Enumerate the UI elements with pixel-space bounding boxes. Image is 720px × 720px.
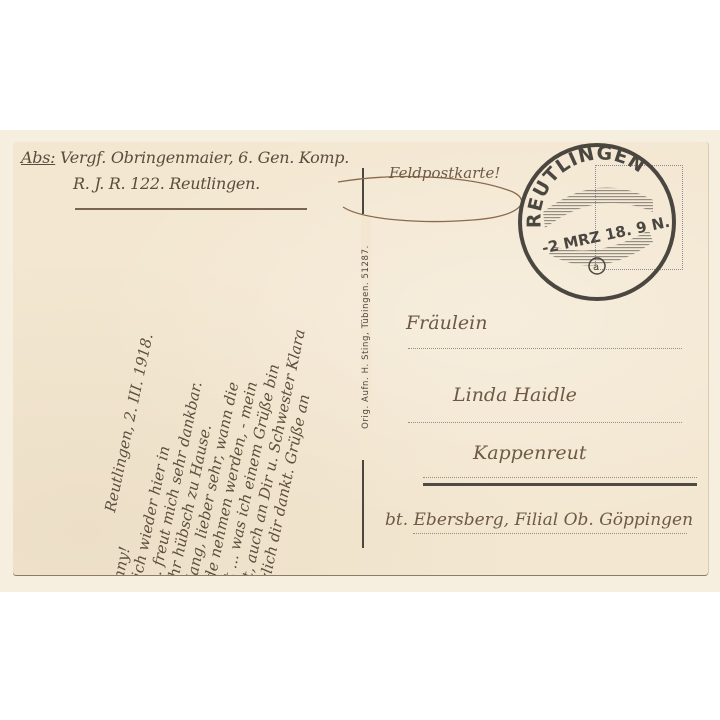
address-dotted-line-2 bbox=[408, 422, 682, 423]
handwritten-message: Reutlingen, 2. III. 1918. Liebe Fanny! E… bbox=[70, 236, 306, 575]
feldpostkarte-note: Feldpostkarte! bbox=[389, 164, 500, 182]
address-dotted-line-4 bbox=[413, 533, 687, 534]
address-salutation: Fräulein bbox=[406, 312, 487, 334]
address-district: bt. Ebersberg, Filial Ob. Göppingen bbox=[385, 510, 693, 530]
address-dotted-line-3 bbox=[423, 477, 697, 478]
postmark: REUTLINGEN -2 MRZ 18. 9 N. a bbox=[513, 142, 693, 312]
publisher-imprint: Orig. Aufn. H. Sting, Tübingen. 51287. bbox=[361, 214, 371, 460]
postcard: Abs: Vergf. Obringenmaier, 6. Gen. Komp.… bbox=[13, 142, 708, 575]
address-recipient-name: Linda Haidle bbox=[453, 384, 577, 406]
postmark-code: a bbox=[593, 262, 599, 273]
address-underline bbox=[423, 483, 697, 486]
address-town: Kappenreut bbox=[473, 442, 587, 464]
address-dotted-line-1 bbox=[408, 348, 682, 349]
